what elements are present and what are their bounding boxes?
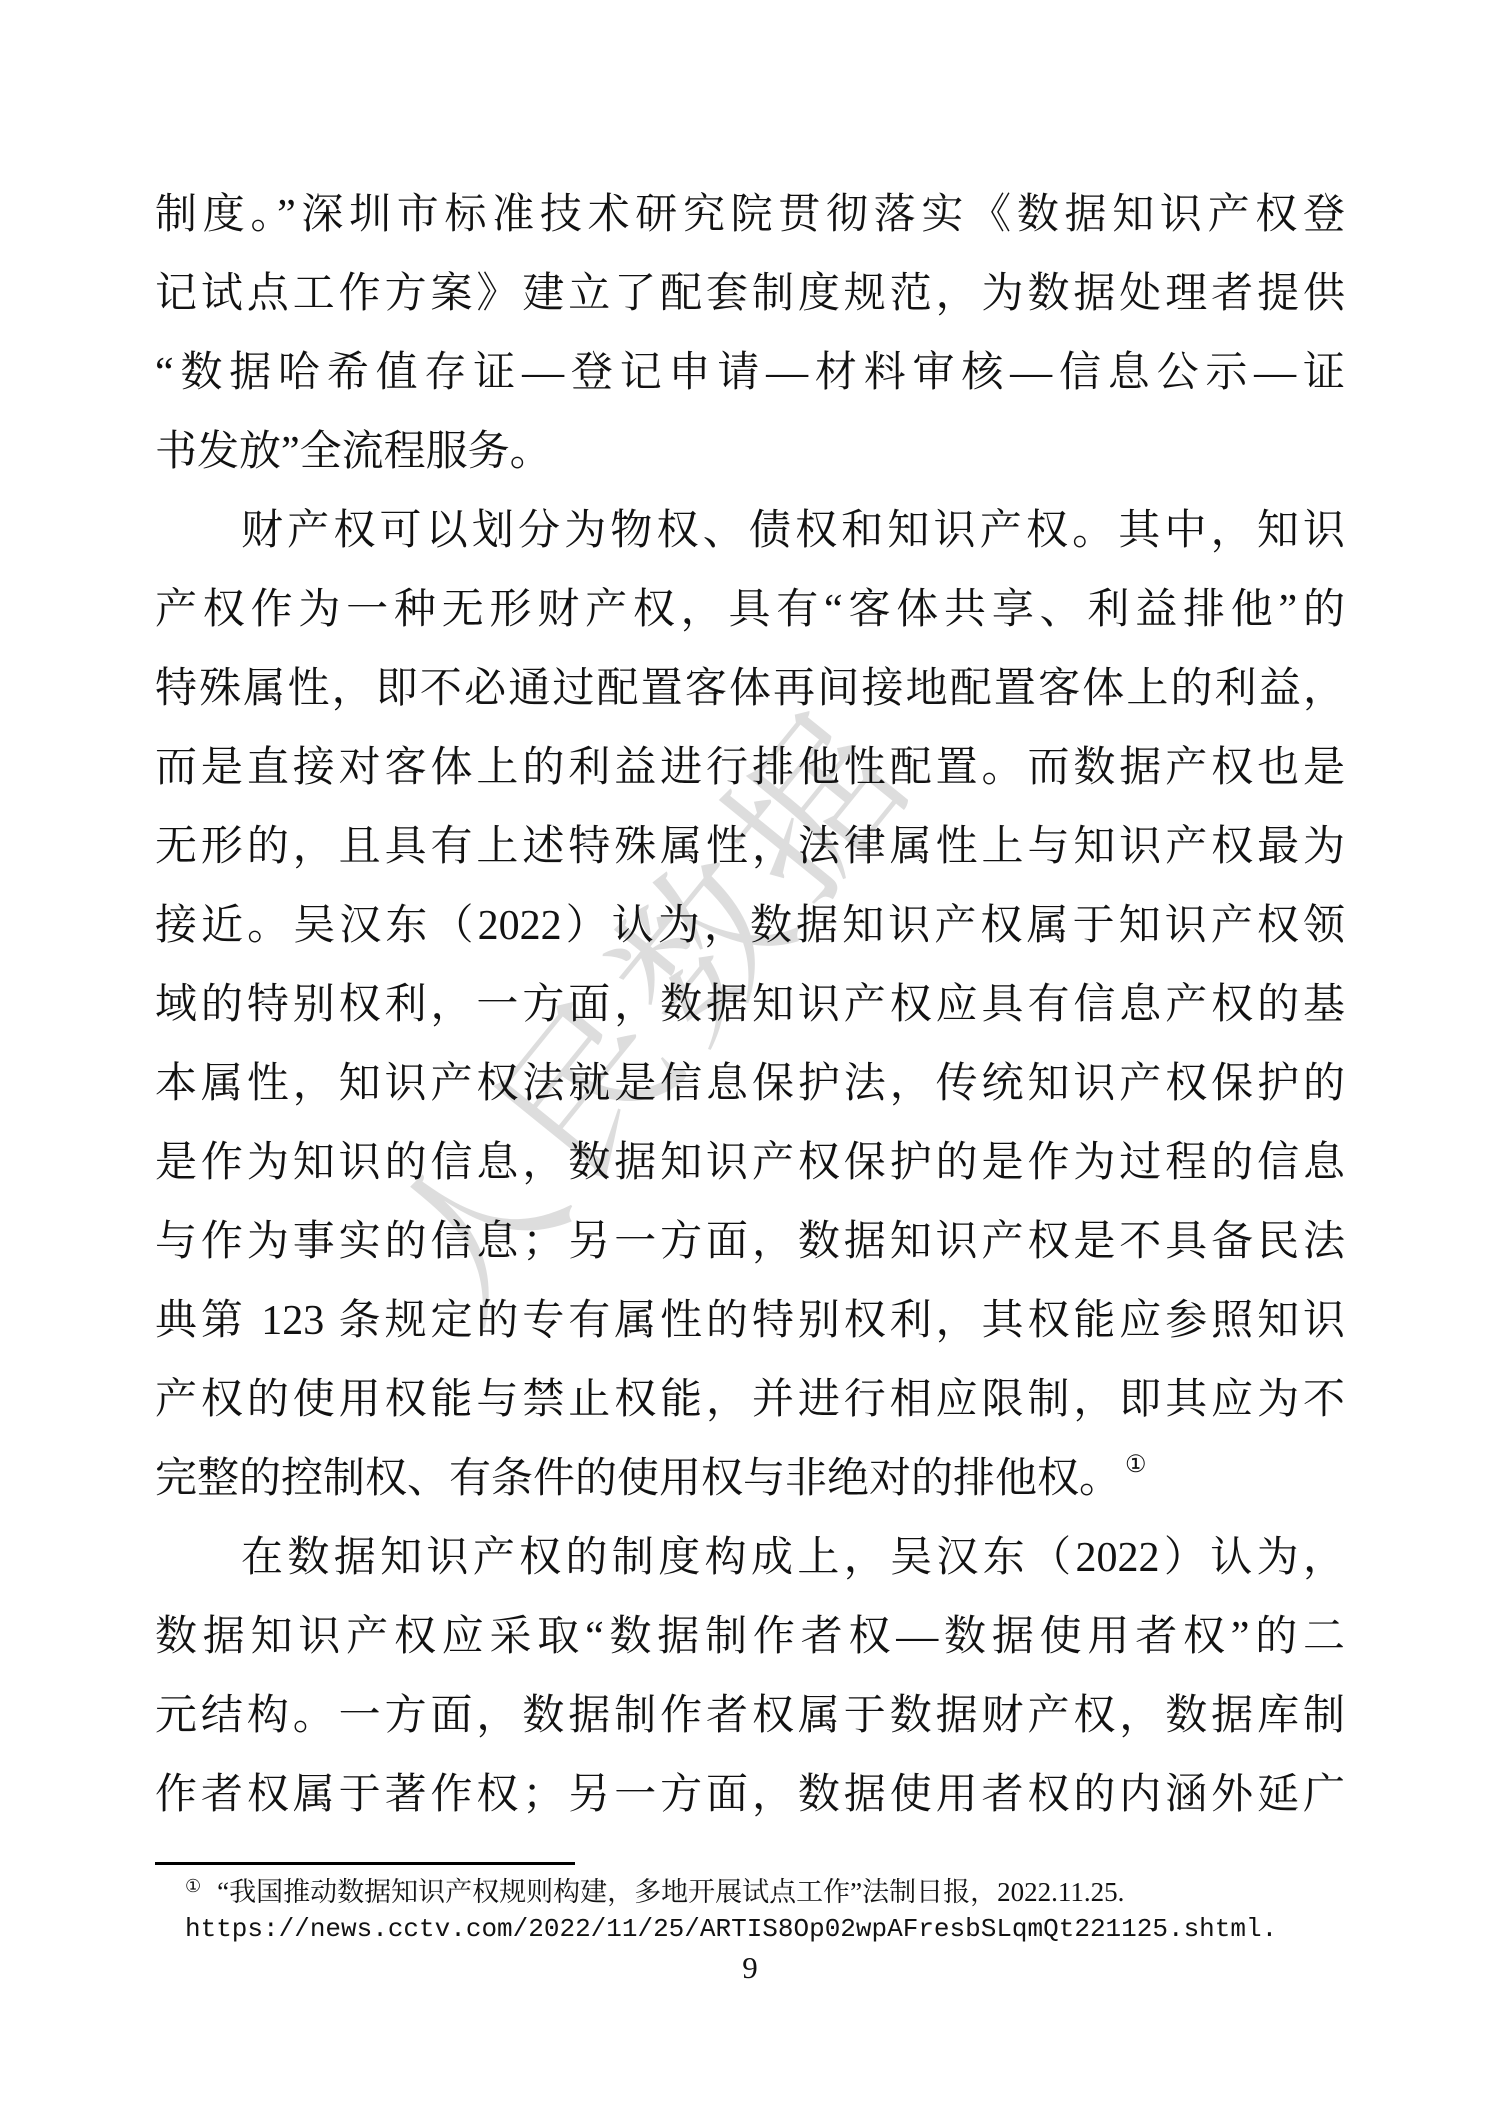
body-line: 而是直接对客体上的利益进行排他性配置。而数据产权也是: [155, 729, 1345, 808]
body-line-text: 接近。吴汉东（2022）认为，数据知识产权属于知识产权领: [155, 903, 1345, 949]
footnote-url: https://news.cctv.com/2022/11/25/ARTIS8O…: [185, 1911, 1365, 1948]
body-line: “数据哈希值存证—登记申请—材料审核—信息公示—证: [155, 334, 1345, 413]
body-line-text: 特殊属性，即不必通过配置客体再间接地配置客体上的利益，: [155, 666, 1345, 712]
body-line-text: “数据哈希值存证—登记申请—材料审核—信息公示—证: [155, 350, 1345, 396]
body-line: 无形的，且具有上述特殊属性，法律属性上与知识产权最为: [155, 808, 1345, 887]
body-line: 接近。吴汉东（2022）认为，数据知识产权属于知识产权领: [155, 887, 1345, 966]
body-line-text: 域的特别权利，一方面，数据知识产权应具有信息产权的基: [155, 982, 1345, 1028]
footnote-line: ①“我国推动数据知识产权规则构建，多地开展试点工作”法制日报，2022.11.2…: [185, 1874, 1365, 1911]
body-line-text: 无形的，且具有上述特殊属性，法律属性上与知识产权最为: [155, 824, 1345, 870]
body-line: 财产权可以划分为物权、债权和知识产权。其中，知识: [155, 492, 1345, 571]
footnote-text: “我国推动数据知识产权规则构建，多地开展试点工作”法制日报，2022.11.25…: [217, 1877, 1124, 1907]
body-line: 产权作为一种无形财产权，具有“客体共享、利益排他”的: [155, 571, 1345, 650]
footnote-marker: ①: [185, 1876, 201, 1896]
body-line: 在数据知识产权的制度构成上，吴汉东（2022）认为，: [155, 1519, 1345, 1598]
body-line-text: 数据知识产权应采取“数据制作者权—数据使用者权”的二: [155, 1614, 1345, 1660]
body-line: 与作为事实的信息；另一方面，数据知识产权是不具备民法: [155, 1203, 1345, 1282]
body-line-text: 产权的使用权能与禁止权能，并进行相应限制，即其应为不: [155, 1377, 1345, 1423]
body-line-text: 在数据知识产权的制度构成上，吴汉东（2022）认为，: [241, 1535, 1345, 1581]
body-text: 制度。”深圳市标准技术研究院贯彻落实《数据知识产权登记试点工作方案》建立了配套制…: [155, 176, 1345, 1835]
page-number: 9: [0, 1950, 1500, 1986]
body-line: 元结构。一方面，数据制作者权属于数据财产权，数据库制: [155, 1677, 1345, 1756]
footnote-ref: ①: [1125, 1452, 1147, 1478]
body-line-text: 制度。”深圳市标准技术研究院贯彻落实《数据知识产权登: [155, 192, 1345, 238]
body-line-text: 与作为事实的信息；另一方面，数据知识产权是不具备民法: [155, 1219, 1345, 1265]
body-line: 是作为知识的信息，数据知识产权保护的是作为过程的信息: [155, 1124, 1345, 1203]
body-line: 产权的使用权能与禁止权能，并进行相应限制，即其应为不: [155, 1361, 1345, 1440]
body-line-text: 完整的控制权、有条件的使用权与非绝对的排他权。: [155, 1456, 1121, 1502]
body-line: 本属性，知识产权法就是信息保护法，传统知识产权保护的: [155, 1045, 1345, 1124]
footnote-separator: [155, 1862, 575, 1865]
body-line: 完整的控制权、有条件的使用权与非绝对的排他权。①: [155, 1440, 1345, 1519]
body-line-text: 典第 123 条规定的专有属性的特别权利，其权能应参照知识: [155, 1298, 1345, 1344]
body-line: 作者权属于著作权；另一方面，数据使用者权的内涵外延广: [155, 1756, 1345, 1835]
body-line: 典第 123 条规定的专有属性的特别权利，其权能应参照知识: [155, 1282, 1345, 1361]
body-line-text: 而是直接对客体上的利益进行排他性配置。而数据产权也是: [155, 745, 1345, 791]
body-line: 域的特别权利，一方面，数据知识产权应具有信息产权的基: [155, 966, 1345, 1045]
body-line-text: 记试点工作方案》建立了配套制度规范，为数据处理者提供: [155, 271, 1345, 317]
body-line: 特殊属性，即不必通过配置客体再间接地配置客体上的利益，: [155, 650, 1345, 729]
body-line-text: 作者权属于著作权；另一方面，数据使用者权的内涵外延广: [155, 1772, 1345, 1818]
body-line-text: 本属性，知识产权法就是信息保护法，传统知识产权保护的: [155, 1061, 1345, 1107]
body-line-text: 是作为知识的信息，数据知识产权保护的是作为过程的信息: [155, 1140, 1345, 1186]
body-line: 记试点工作方案》建立了配套制度规范，为数据处理者提供: [155, 255, 1345, 334]
document-page: 人民数据 制度。”深圳市标准技术研究院贯彻落实《数据知识产权登记试点工作方案》建…: [0, 0, 1500, 2121]
body-line: 书发放”全流程服务。: [155, 413, 1345, 492]
body-line: 数据知识产权应采取“数据制作者权—数据使用者权”的二: [155, 1598, 1345, 1677]
body-line-text: 书发放”全流程服务。: [155, 429, 552, 475]
body-line-text: 财产权可以划分为物权、债权和知识产权。其中，知识: [241, 508, 1345, 554]
body-line: 制度。”深圳市标准技术研究院贯彻落实《数据知识产权登: [155, 176, 1345, 255]
body-line-text: 产权作为一种无形财产权，具有“客体共享、利益排他”的: [155, 587, 1345, 633]
footnote: ①“我国推动数据知识产权规则构建，多地开展试点工作”法制日报，2022.11.2…: [185, 1874, 1365, 1948]
body-line-text: 元结构。一方面，数据制作者权属于数据财产权，数据库制: [155, 1693, 1345, 1739]
